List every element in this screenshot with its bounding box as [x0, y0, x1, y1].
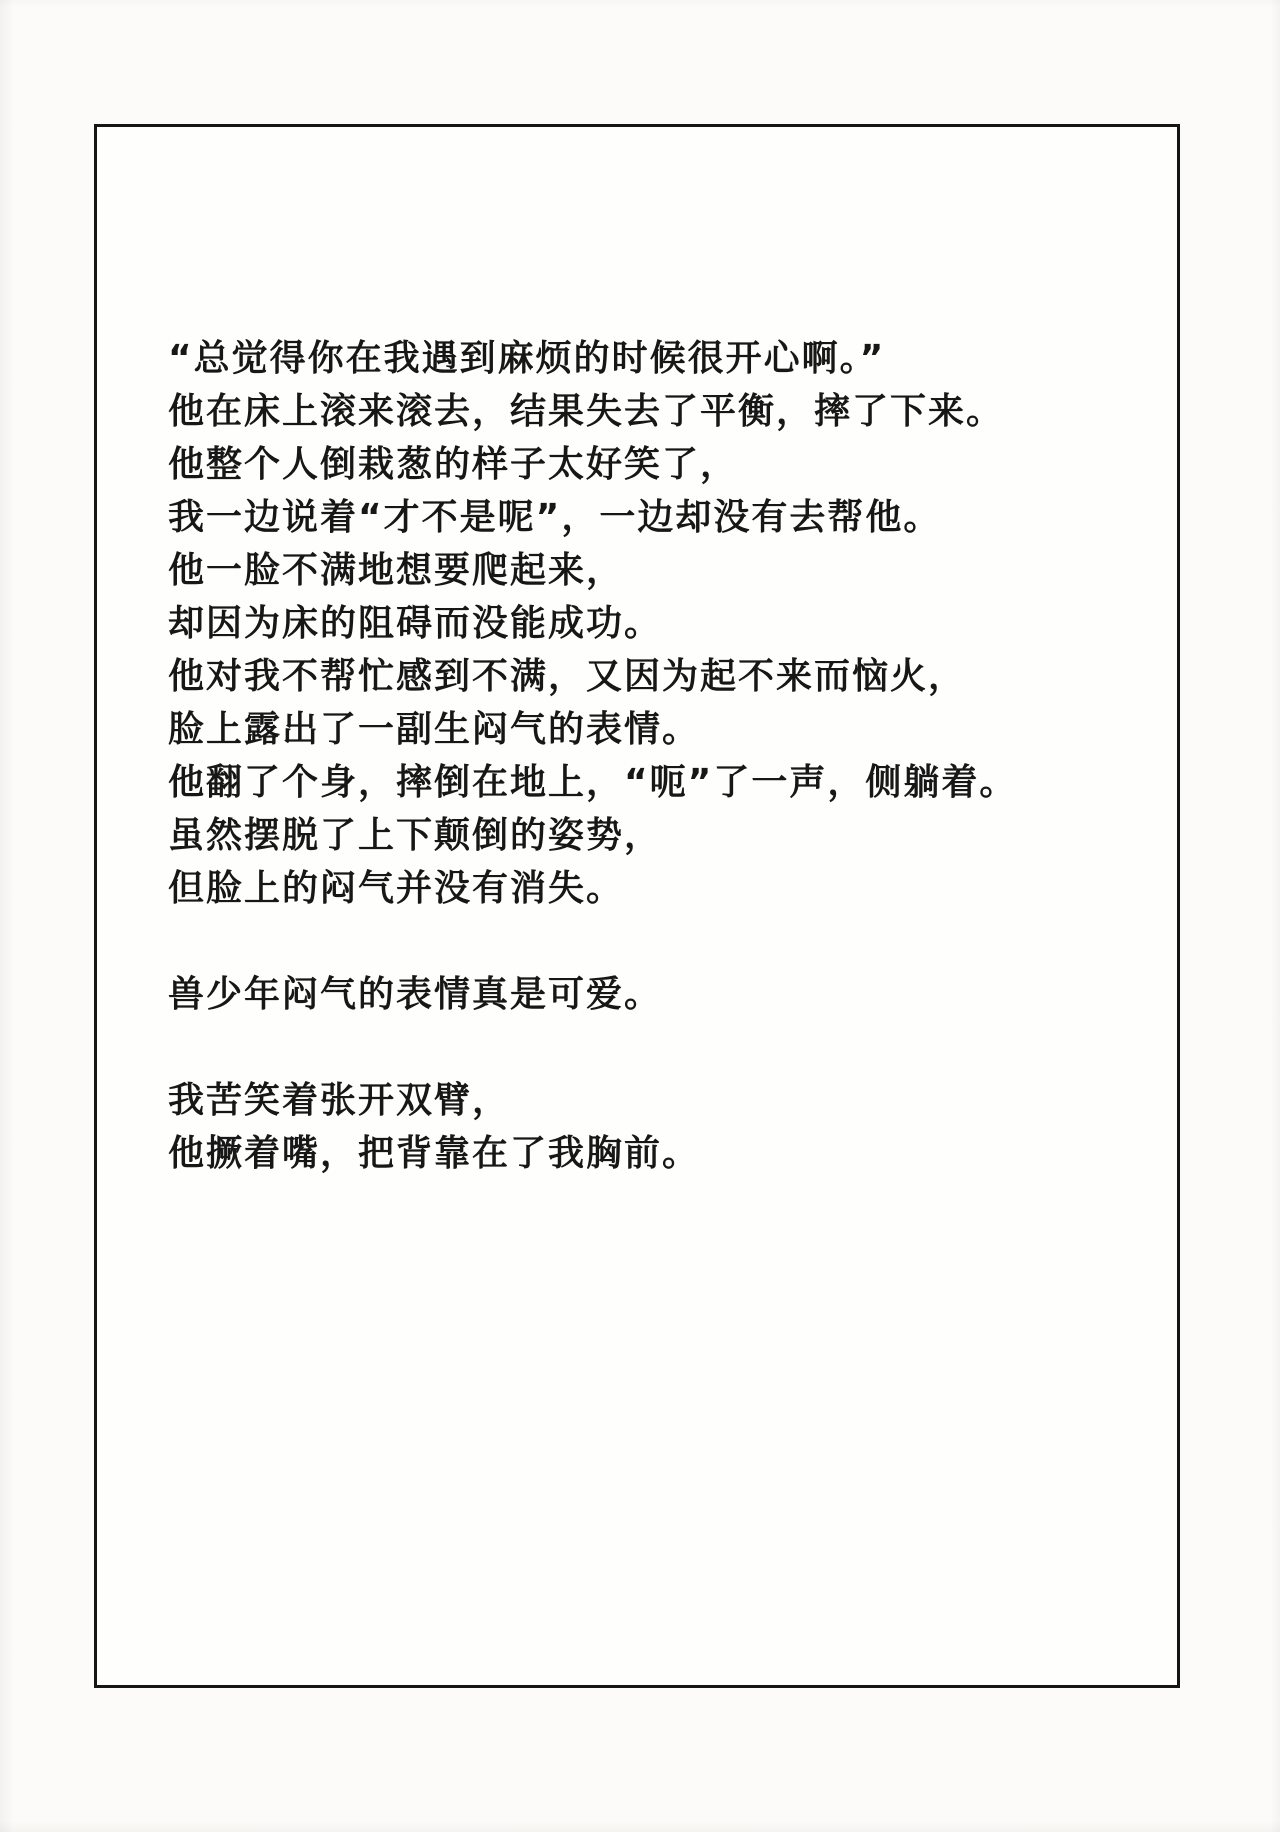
text-line: 他翻了个身，摔倒在地上，“呃”了一声，侧躺着。	[168, 756, 1017, 809]
paragraph: “总觉得你在我遇到麻烦的时候很开心啊。” 他在床上滚来滚去，结果失去了平衡，摔了…	[168, 332, 1017, 915]
text-line: 他整个人倒栽葱的样子太好笑了，	[168, 438, 1017, 491]
text-line: 却因为床的阻碍而没能成功。	[168, 597, 1017, 650]
text-line: 他撅着嘴，把背靠在了我胸前。	[168, 1127, 1017, 1180]
text-line: 虽然摆脱了上下颠倒的姿势，	[168, 809, 1017, 862]
text-line: “总觉得你在我遇到麻烦的时候很开心啊。”	[168, 332, 1017, 385]
text-line: 但脸上的闷气并没有消失。	[168, 862, 1017, 915]
text-line: 脸上露出了一副生闷气的表情。	[168, 703, 1017, 756]
text-line: 他一脸不满地想要爬起来，	[168, 544, 1017, 597]
text-line: 我苦笑着张开双臂，	[168, 1074, 1017, 1127]
paragraph: 我苦笑着张开双臂， 他撅着嘴，把背靠在了我胸前。	[168, 1074, 1017, 1180]
text-line: 他在床上滚来滚去，结果失去了平衡，摔了下来。	[168, 385, 1017, 438]
text-line: 兽少年闷气的表情真是可爱。	[168, 968, 1017, 1021]
text-line: 我一边说着“才不是呢”，一边却没有去帮他。	[168, 491, 1017, 544]
paragraph: 兽少年闷气的表情真是可爱。	[168, 968, 1017, 1021]
page-border-frame: “总觉得你在我遇到麻烦的时候很开心啊。” 他在床上滚来滚去，结果失去了平衡，摔了…	[94, 124, 1180, 1688]
story-text: “总觉得你在我遇到麻烦的时候很开心啊。” 他在床上滚来滚去，结果失去了平衡，摔了…	[168, 332, 1017, 1180]
text-line: 他对我不帮忙感到不满，又因为起不来而恼火，	[168, 650, 1017, 703]
